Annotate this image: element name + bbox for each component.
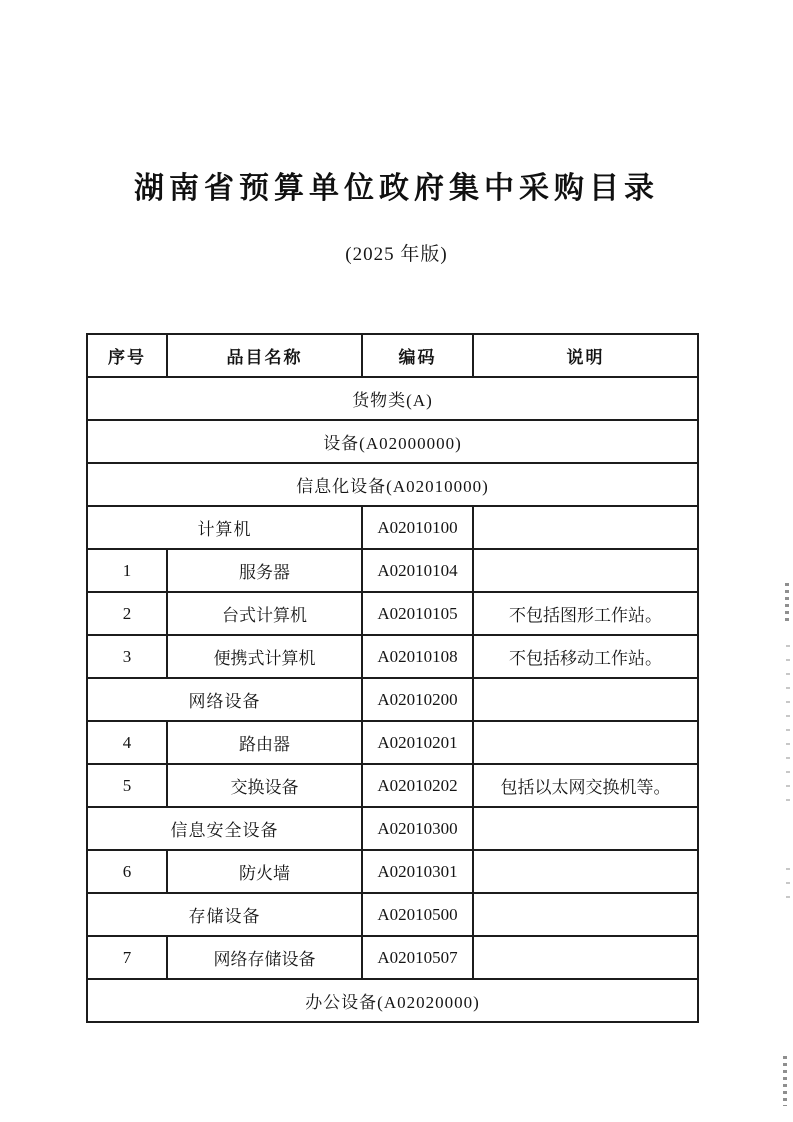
- section-label: 办公设备(A02020000): [87, 979, 698, 1022]
- scan-artifact: [786, 868, 790, 900]
- category-note-cell: [473, 893, 698, 936]
- category-name-cell: 信息安全设备: [87, 807, 362, 850]
- section-row: 货物类(A): [87, 377, 698, 420]
- section-label: 货物类(A): [87, 377, 698, 420]
- note-cell: [473, 850, 698, 893]
- section-label: 设备(A02000000): [87, 420, 698, 463]
- note-cell: 包括以太网交换机等。: [473, 764, 698, 807]
- code-cell: A02010108: [362, 635, 473, 678]
- table-row: 7 网络存储设备 A02010507: [87, 936, 698, 979]
- serial-cell: 5: [87, 764, 167, 807]
- note-cell: [473, 721, 698, 764]
- table-row: 1 服务器 A02010104: [87, 549, 698, 592]
- section-row: 信息化设备(A02010000): [87, 463, 698, 506]
- section-row: 办公设备(A02020000): [87, 979, 698, 1022]
- category-note-cell: [473, 506, 698, 549]
- item-name-cell: 防火墙: [167, 850, 362, 893]
- table-row: 5 交换设备 A02010202 包括以太网交换机等。: [87, 764, 698, 807]
- category-note-cell: [473, 678, 698, 721]
- header-serial-number: 序号: [87, 334, 167, 377]
- section-row: 设备(A02000000): [87, 420, 698, 463]
- code-cell: A02010202: [362, 764, 473, 807]
- note-cell: [473, 936, 698, 979]
- scan-artifact: [785, 583, 789, 623]
- category-note-cell: [473, 807, 698, 850]
- item-name-cell: 服务器: [167, 549, 362, 592]
- item-name-cell: 便携式计算机: [167, 635, 362, 678]
- category-row: 网络设备 A02010200: [87, 678, 698, 721]
- serial-cell: 7: [87, 936, 167, 979]
- table-row: 3 便携式计算机 A02010108 不包括移动工作站。: [87, 635, 698, 678]
- note-cell: [473, 549, 698, 592]
- code-cell: A02010201: [362, 721, 473, 764]
- header-item-name: 品目名称: [167, 334, 362, 377]
- serial-cell: 4: [87, 721, 167, 764]
- scan-artifact: [783, 1056, 787, 1106]
- code-cell: A02010105: [362, 592, 473, 635]
- table-row: 4 路由器 A02010201: [87, 721, 698, 764]
- table-row: 2 台式计算机 A02010105 不包括图形工作站。: [87, 592, 698, 635]
- category-code-cell: A02010200: [362, 678, 473, 721]
- category-name-cell: 计算机: [87, 506, 362, 549]
- header-description: 说明: [473, 334, 698, 377]
- code-cell: A02010301: [362, 850, 473, 893]
- category-code-cell: A02010300: [362, 807, 473, 850]
- note-cell: 不包括图形工作站。: [473, 592, 698, 635]
- header-row: 序号 品目名称 编码 说明: [87, 334, 698, 377]
- section-label: 信息化设备(A02010000): [87, 463, 698, 506]
- document-page: 湖南省预算单位政府集中采购目录 (2025 年版) 序号 品目名称 编码 说明 …: [0, 0, 793, 1122]
- category-name-cell: 存储设备: [87, 893, 362, 936]
- scan-artifact: [786, 645, 790, 805]
- category-name-cell: 网络设备: [87, 678, 362, 721]
- serial-cell: 3: [87, 635, 167, 678]
- category-row: 计算机 A02010100: [87, 506, 698, 549]
- serial-cell: 2: [87, 592, 167, 635]
- document-title: 湖南省预算单位政府集中采购目录: [0, 163, 793, 207]
- category-code-cell: A02010100: [362, 506, 473, 549]
- item-name-cell: 台式计算机: [167, 592, 362, 635]
- code-cell: A02010104: [362, 549, 473, 592]
- serial-cell: 1: [87, 549, 167, 592]
- document-subtitle: (2025 年版): [0, 239, 793, 266]
- procurement-table: 序号 品目名称 编码 说明 货物类(A) 设备(A02000000) 信息化设备…: [86, 333, 699, 1023]
- category-row: 信息安全设备 A02010300: [87, 807, 698, 850]
- note-cell: 不包括移动工作站。: [473, 635, 698, 678]
- item-name-cell: 网络存储设备: [167, 936, 362, 979]
- table-row: 6 防火墙 A02010301: [87, 850, 698, 893]
- header-code: 编码: [362, 334, 473, 377]
- category-code-cell: A02010500: [362, 893, 473, 936]
- category-row: 存储设备 A02010500: [87, 893, 698, 936]
- item-name-cell: 交换设备: [167, 764, 362, 807]
- code-cell: A02010507: [362, 936, 473, 979]
- serial-cell: 6: [87, 850, 167, 893]
- item-name-cell: 路由器: [167, 721, 362, 764]
